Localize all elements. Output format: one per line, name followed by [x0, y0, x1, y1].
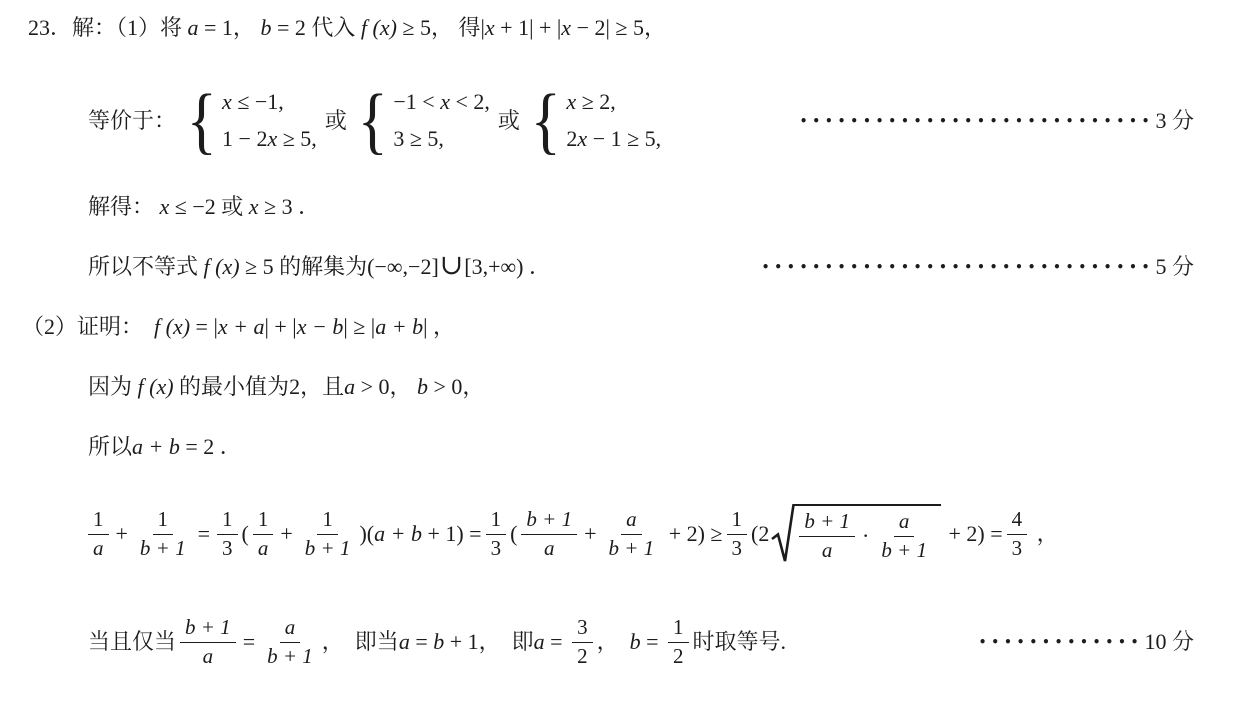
- fraction-numerator: b + 1: [799, 509, 855, 537]
- fraction-numerator: 1: [486, 507, 507, 535]
- math-text: ≥ 5,: [277, 125, 317, 154]
- math-expr: a + b: [132, 433, 180, 462]
- math-var: a: [344, 373, 355, 402]
- fraction-numerator: a: [280, 615, 301, 643]
- math-var: x: [561, 14, 571, 43]
- fraction-numerator: b + 1: [521, 507, 577, 535]
- math-text: ≥ 3 ．: [259, 193, 321, 222]
- case-system-3: { x ≥ 2, 2x − 1 ≥ 5,: [528, 86, 661, 156]
- math-var: b: [630, 628, 641, 657]
- math-expr: x + a: [218, 313, 265, 342]
- math-var: a: [188, 14, 199, 43]
- score-marker-10: 10 分: [1144, 628, 1194, 657]
- line-part2-proof: （2）证明： f (x) = |x + a| + |x − b| ≥ |a + …: [22, 309, 455, 345]
- case-row: x ≤ −1,: [222, 88, 317, 117]
- interval-right: [3,+∞) ．: [464, 253, 551, 282]
- fraction-numerator: 1: [153, 507, 174, 535]
- part2-label: （2）证明：: [22, 313, 154, 342]
- fraction-denominator: 3: [727, 535, 748, 562]
- math-func: f (x): [204, 253, 240, 282]
- math-text: > 0，: [355, 373, 417, 402]
- math-text: − 1 ≥ 5,: [587, 125, 661, 154]
- math-text: + 1，: [444, 628, 511, 657]
- fraction-denominator: b + 1: [876, 537, 932, 564]
- math-text: + 1) =: [422, 520, 482, 549]
- fraction: ab + 1: [262, 615, 318, 669]
- fraction-denominator: 2: [668, 643, 689, 670]
- cn-text: 且: [322, 373, 344, 402]
- line-step1-substitute: 23．解：（1）将 a = 1， b = 2 代入 f (x) ≥ 5， 得|x…: [28, 10, 666, 46]
- solve-label: 解得：: [88, 193, 160, 222]
- case-rows: −1 < x < 2, 3 ≥ 5,: [393, 88, 490, 154]
- score-leader: •••••••••••••••••••••••••••• 3 分: [800, 107, 1194, 136]
- fraction: 32: [572, 615, 593, 669]
- fraction-numerator: 4: [1007, 507, 1028, 535]
- fraction-numerator: 1: [727, 507, 748, 535]
- fraction-denominator: a: [539, 535, 560, 562]
- math-text: ≤ −2: [169, 193, 221, 222]
- math-text: + 2) ≥: [663, 520, 722, 549]
- fraction: ab + 1: [876, 509, 932, 563]
- fraction-numerator: b + 1: [180, 615, 236, 643]
- cn-text: 时取等号.: [693, 628, 787, 657]
- cn-text: 代入: [311, 14, 361, 43]
- case-system-2: { −1 < x < 2, 3 ≥ 5,: [355, 86, 490, 156]
- case-row: 2x − 1 ≥ 5,: [566, 125, 661, 154]
- line-solution-set: 所以不等式 f (x) ≥ 5 的解集为(−∞,−2]∪[3,+∞) ． •••…: [88, 249, 1194, 285]
- left-brace-icon: {: [531, 86, 561, 156]
- comma: ，: [597, 628, 630, 657]
- plus-operator: +: [584, 520, 596, 549]
- math-text: = 2 ．: [180, 433, 242, 462]
- math-text: 3 ≥ 5,: [393, 125, 444, 154]
- cn-text: 的最小值为: [174, 373, 290, 402]
- math-var: b: [260, 14, 271, 43]
- math-func: f (x): [154, 313, 190, 342]
- math-func: f (x): [361, 14, 397, 43]
- cn-text: 即: [512, 628, 534, 657]
- line-a-plus-b: 所以a + b = 2 ．: [88, 429, 242, 465]
- case-row: −1 < x < 2,: [393, 88, 490, 117]
- math-text: = 1，: [199, 14, 261, 43]
- math-var: a: [534, 628, 545, 657]
- cn-text: 所以: [88, 433, 132, 462]
- math-var: x: [577, 125, 587, 154]
- fraction: 1a: [88, 507, 109, 561]
- math-text: ≥ 5: [240, 253, 280, 282]
- fraction: b + 1a: [521, 507, 577, 561]
- fraction-numerator: 1: [88, 507, 109, 535]
- math-text: − 2| ≥ 5，: [571, 14, 666, 43]
- line-solve-result: 解得： x ≤ −2 或 x ≥ 3 ．: [88, 190, 320, 224]
- radical-sign-icon: [771, 503, 795, 565]
- plus-operator: +: [116, 520, 128, 549]
- fraction: 13: [217, 507, 238, 561]
- math-var: x: [160, 193, 170, 222]
- fraction-denominator: b + 1: [135, 535, 191, 562]
- line-equivalent-cases: 等价于： { x ≤ −1, 1 − 2x ≥ 5, 或 { −1 < x < …: [88, 74, 1194, 168]
- math-var: x: [222, 88, 232, 117]
- or-conjunction: 或: [221, 193, 243, 222]
- cn-text: 当且仅当: [88, 628, 176, 657]
- math-var: x: [267, 125, 277, 154]
- dots-leader: •••••••••••••••••••••••••••••••: [762, 260, 1155, 276]
- or-conjunction: 或: [325, 107, 347, 136]
- math-text: ≤ −1,: [232, 88, 284, 117]
- math-var: x: [440, 88, 450, 117]
- fraction-denominator: 3: [486, 535, 507, 562]
- math-text: > 0，: [428, 373, 484, 402]
- equivalent-label: 等价于：: [88, 107, 182, 136]
- radicand: b + 1a · ab + 1: [793, 504, 941, 563]
- comma: ，: [1031, 520, 1059, 549]
- plus-operator: +: [280, 520, 292, 549]
- score-marker-5: 5 分: [1155, 253, 1194, 282]
- score-marker-3: 3 分: [1155, 107, 1194, 136]
- math-text: −1 <: [393, 88, 440, 117]
- fraction: ab + 1: [604, 507, 660, 561]
- math-text: 1 − 2: [222, 125, 267, 154]
- math-text: ≥ 2,: [576, 88, 616, 117]
- left-brace-icon: {: [186, 86, 216, 156]
- math-text: | ，: [423, 313, 455, 342]
- fraction-numerator: a: [894, 509, 915, 537]
- math-expr: a + b: [375, 313, 423, 342]
- fraction-denominator: b + 1: [604, 535, 660, 562]
- equals-operator: =: [243, 628, 255, 657]
- line-equality-condition: 当且仅当 b + 1a = ab + 1 ， 即当a = b + 1， 即a =…: [88, 598, 1194, 686]
- case-row: 1 − 2x ≥ 5,: [222, 125, 317, 154]
- math-text: =: [410, 628, 433, 657]
- fraction: 12: [668, 615, 689, 669]
- fraction-denominator: 2: [572, 643, 593, 670]
- cn-text: 因为: [88, 373, 138, 402]
- case-row: 3 ≥ 5,: [393, 125, 490, 154]
- line-main-inequality: 1a + 1b + 1 = 13 ( 1a + 1b + 1 )( a + b …: [84, 487, 1214, 581]
- math-text: + 1| + |: [495, 14, 562, 43]
- fraction-denominator: 3: [217, 535, 238, 562]
- fraction: b + 1a: [799, 509, 855, 563]
- or-conjunction: 或: [498, 107, 520, 136]
- cn-text: 的解集为: [279, 253, 367, 282]
- left-brace-icon: {: [357, 86, 387, 156]
- math-text: =: [641, 628, 664, 657]
- fraction-denominator: b + 1: [262, 643, 318, 670]
- fraction-denominator: a: [198, 643, 219, 670]
- fraction-numerator: 1: [668, 615, 689, 643]
- equals-operator: =: [198, 520, 210, 549]
- math-var: x: [485, 14, 495, 43]
- fraction-denominator: a: [817, 537, 838, 564]
- fraction-numerator: 1: [317, 507, 338, 535]
- math-text: + 2) =: [943, 520, 1003, 549]
- fraction: 43: [1007, 507, 1028, 561]
- math-text: 2，: [289, 373, 322, 402]
- dots-leader: •••••••••••••: [979, 635, 1144, 651]
- fraction-denominator: b + 1: [300, 535, 356, 562]
- math-text: = 2: [271, 14, 311, 43]
- fraction-numerator: 1: [253, 507, 274, 535]
- math-expr: x − b: [297, 313, 344, 342]
- paren: (: [242, 520, 249, 549]
- math-text: =: [545, 628, 568, 657]
- math-text: | + |: [264, 313, 296, 342]
- case-system-1: { x ≤ −1, 1 − 2x ≥ 5,: [184, 86, 317, 156]
- math-var: x: [243, 193, 258, 222]
- dot-operator: ·: [862, 522, 869, 551]
- math-var: a: [399, 628, 410, 657]
- cn-text: 得: [458, 14, 480, 43]
- math-text: 2: [566, 125, 577, 154]
- square-root: b + 1a · ab + 1: [771, 503, 941, 565]
- cn-text: 所以不等式: [88, 253, 204, 282]
- dots-leader: ••••••••••••••••••••••••••••: [800, 114, 1155, 130]
- problem-number-and-intro: 23．解：（1）将: [28, 14, 188, 43]
- paren: (: [510, 520, 517, 549]
- fraction: 1b + 1: [300, 507, 356, 561]
- interval-left: (−∞,−2]: [367, 253, 439, 282]
- line-min-value: 因为 f (x) 的最小值为2，且a > 0， b > 0，: [88, 369, 484, 405]
- paren: )(: [359, 520, 374, 549]
- case-rows: x ≤ −1, 1 − 2x ≥ 5,: [222, 88, 317, 154]
- fraction-numerator: a: [621, 507, 642, 535]
- math-expr: a + b: [374, 520, 422, 549]
- score-leader: ••••••••••••• 10 分: [979, 628, 1194, 657]
- math-text: = |: [190, 313, 218, 342]
- fraction: b + 1a: [180, 615, 236, 669]
- fraction: 1a: [253, 507, 274, 561]
- fraction-denominator: 3: [1007, 535, 1028, 562]
- math-text: < 2,: [450, 88, 490, 117]
- math-var: b: [433, 628, 444, 657]
- math-var: b: [417, 373, 428, 402]
- math-var: x: [566, 88, 576, 117]
- fraction-denominator: a: [88, 535, 109, 562]
- fraction: 1b + 1: [135, 507, 191, 561]
- comma: ，: [322, 628, 355, 657]
- fraction: 13: [486, 507, 507, 561]
- cn-text: 即当: [355, 628, 399, 657]
- math-text: | ≥ |: [343, 313, 375, 342]
- fraction-numerator: 3: [572, 615, 593, 643]
- fraction: 13: [727, 507, 748, 561]
- case-row: x ≥ 2,: [566, 88, 661, 117]
- case-rows: x ≥ 2, 2x − 1 ≥ 5,: [566, 88, 661, 154]
- math-text: ≥ 5，: [397, 14, 459, 43]
- math-text: (2: [751, 520, 769, 549]
- union-symbol: ∪: [440, 252, 463, 280]
- answer-sheet: 23．解：（1）将 a = 1， b = 2 代入 f (x) ≥ 5， 得|x…: [0, 0, 1250, 702]
- math-func: f (x): [138, 373, 174, 402]
- fraction-numerator: 1: [217, 507, 238, 535]
- score-leader: ••••••••••••••••••••••••••••••• 5 分: [762, 253, 1194, 282]
- fraction-denominator: a: [253, 535, 274, 562]
